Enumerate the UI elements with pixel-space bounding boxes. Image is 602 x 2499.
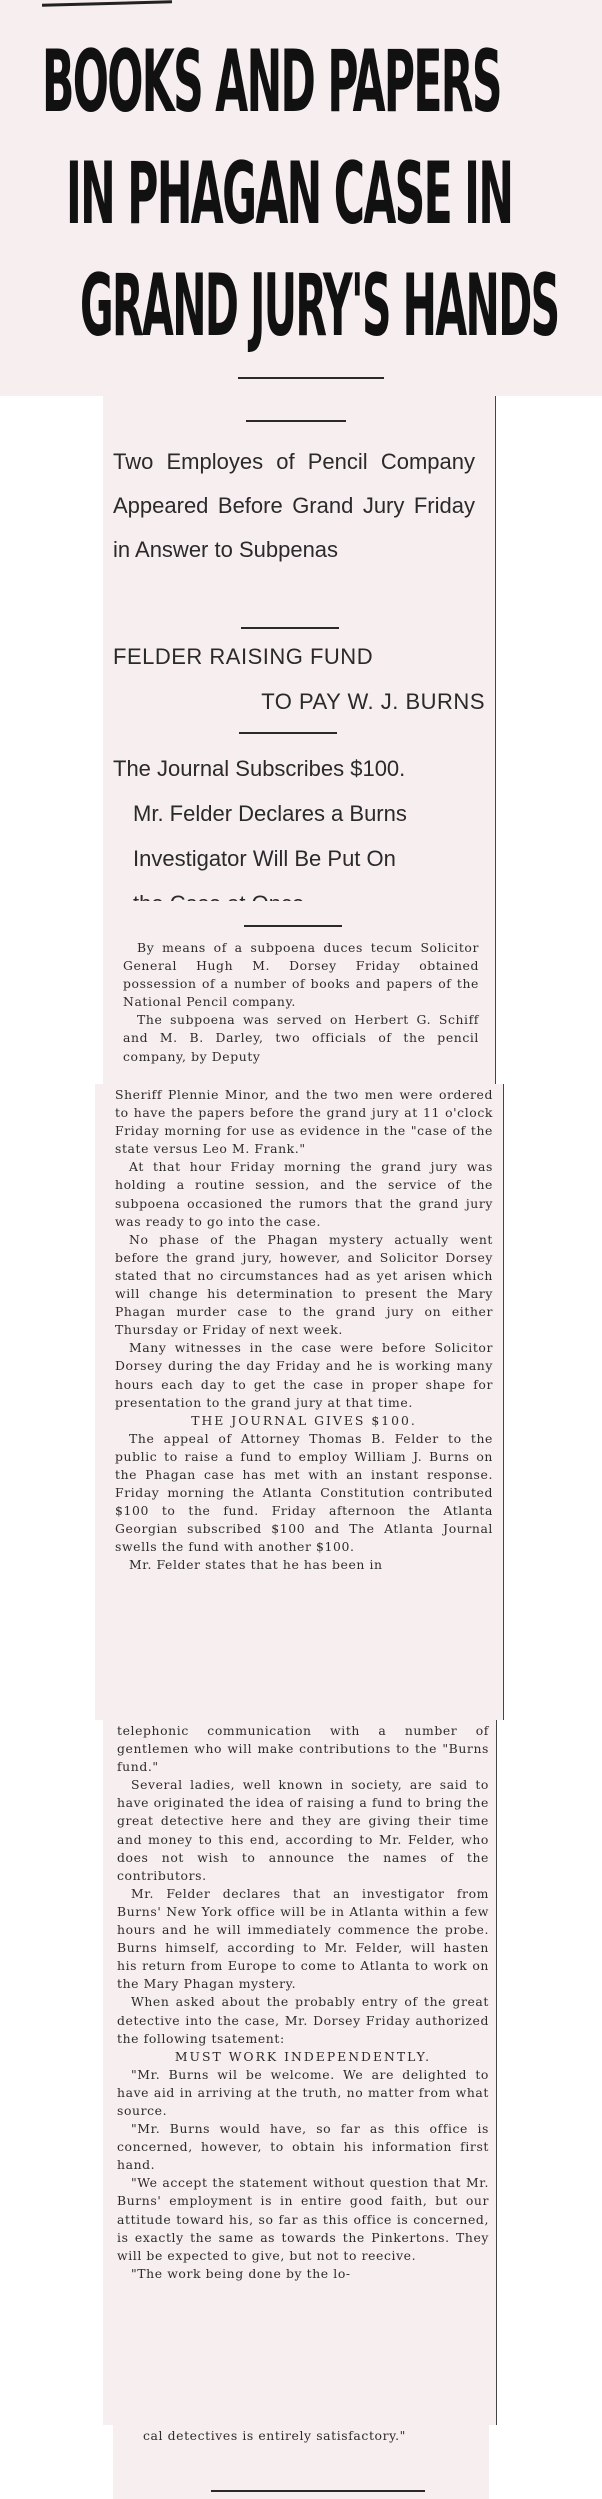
paragraph: Several ladies, well known in society, a… [117,1776,489,1885]
paragraph: Mr. Felder declares that an investigator… [117,1885,489,1994]
paragraph: cal detectives is entirely satisfactory.… [143,2427,479,2445]
paragraph: At that hour Friday morning the grand ju… [115,1158,493,1230]
paragraph: "The work being done by the lo- [117,2265,489,2283]
paragraph: When asked about the probably entry of t… [117,1993,489,2047]
paragraph: Many witnesses in the case were before S… [115,1339,493,1411]
article-body-part-2: Sheriff Plennie Minor, and the two men w… [95,1084,504,1720]
paragraph: "Mr. Burns would have, so far as this of… [117,2120,489,2174]
subheading: MUST WORK INDEPENDENTLY. [117,2048,489,2066]
decks-clipping: Two Employes of Pencil Company Appeared … [103,396,496,901]
article-body-part-4: cal detectives is entirely satisfactory.… [113,2425,489,2499]
paragraph: "Mr. Burns wil be welcome. We are deligh… [117,2066,489,2120]
paragraph: telephonic communication with a number o… [117,1722,489,1776]
subheading: THE JOURNAL GIVES $100. [115,1412,493,1430]
article-body-part-3: telephonic communication with a number o… [103,1720,497,2425]
headline-line-1: BOOKS AND PAPERS [42,26,350,138]
paragraph: Sheriff Plennie Minor, and the two men w… [115,1086,493,1158]
paragraph: No phase of the Phagan mystery actually … [115,1231,493,1340]
divider-rule [238,377,384,379]
deck-subhead-1: Two Employes of Pencil Company Appeared … [113,440,475,572]
end-rule [211,2490,425,2492]
top-rule [42,0,172,6]
banner-headline: BOOKS AND PAPERS IN PHAGAN CASE IN GRAND… [0,26,602,362]
paragraph: The subpoena was served on Herbert G. Sc… [123,1011,479,1065]
deck-subhead-2: FELDER RAISING FUND TO PAY W. J. BURNS [113,634,485,724]
deck-2-line-2: TO PAY W. J. BURNS [113,679,485,724]
paragraph: "We accept the statement without questio… [117,2174,489,2264]
headline-clipping: BOOKS AND PAPERS IN PHAGAN CASE IN GRAND… [0,0,602,396]
deck-2-line-1: FELDER RAISING FUND [113,644,373,669]
divider-rule [239,732,337,734]
deck-3-line-2: Mr. Felder Declares a Burns [113,791,485,836]
divider-rule [246,420,346,422]
paragraph: By means of a subpoena duces tecum Solic… [123,939,479,1011]
divider-rule [244,925,342,927]
article-body-part-1: By means of a subpoena duces tecum Solic… [103,901,496,1084]
deck-3-line-1: The Journal Subscribes $100. [113,746,485,791]
paragraph: The appeal of Attorney Thomas B. Felder … [115,1430,493,1557]
headline-line-3: GRAND JURY'S HANDS [80,250,357,362]
paragraph: Mr. Felder states that he has been in [115,1556,493,1574]
headline-line-2: IN PHAGAN CASE IN [66,138,361,250]
deck-3-line-3: Investigator Will Be Put On [113,836,485,881]
divider-rule [241,627,339,629]
deck-subhead-3: The Journal Subscribes $100. Mr. Felder … [113,746,485,926]
